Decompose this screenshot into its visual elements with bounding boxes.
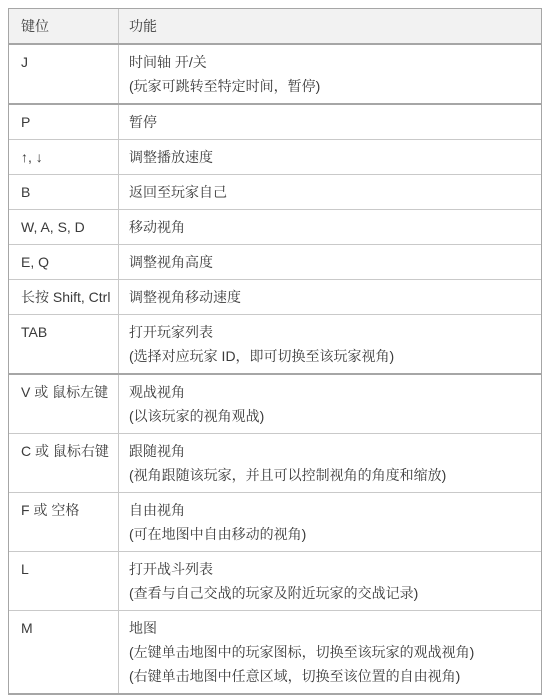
- hotkey-table: 键位 功能 J 时间轴 开/关 (玩家可跳转至特定时间，暂停) P 暂停 ↑, …: [8, 8, 542, 695]
- key-cell: B: [9, 175, 118, 209]
- key-cell: M: [9, 611, 118, 693]
- func-cell: 移动视角: [118, 210, 541, 244]
- func-line: (左键单击地图中的玩家图标，切换至该玩家的观战视角): [129, 640, 533, 664]
- table-row: TAB 打开玩家列表 (选择对应玩家 ID，即可切换至该玩家视角): [9, 315, 541, 375]
- table-row: B 返回至玩家自己: [9, 175, 541, 210]
- func-cell: 自由视角 (可在地图中自由移动的视角): [118, 493, 541, 551]
- table-row: E, Q 调整视角高度: [9, 245, 541, 280]
- func-line: 打开战斗列表: [129, 557, 533, 581]
- table-row: J 时间轴 开/关 (玩家可跳转至特定时间，暂停): [9, 45, 541, 105]
- table-row: W, A, S, D 移动视角: [9, 210, 541, 245]
- func-line: (查看与自己交战的玩家及附近玩家的交战记录): [129, 581, 533, 605]
- table-row: 长按 Shift, Ctrl 调整视角移动速度: [9, 280, 541, 315]
- table-header-row: 键位 功能: [9, 9, 541, 45]
- key-cell: L: [9, 552, 118, 610]
- table-row: F 或 空格 自由视角 (可在地图中自由移动的视角): [9, 493, 541, 552]
- func-cell: 暂停: [118, 105, 541, 139]
- func-line: 时间轴 开/关: [129, 50, 533, 74]
- func-line: (视角跟随该玩家，并且可以控制视角的角度和缩放): [129, 463, 533, 487]
- func-cell: 调整视角移动速度: [118, 280, 541, 314]
- func-line: 打开玩家列表: [129, 320, 533, 344]
- func-line: 地图: [129, 616, 533, 640]
- func-cell: 地图 (左键单击地图中的玩家图标，切换至该玩家的观战视角) (右键单击地图中任意…: [118, 611, 541, 693]
- func-line: 调整视角移动速度: [129, 285, 533, 309]
- func-line: 暂停: [129, 110, 533, 134]
- table-row: ↑, ↓ 调整播放速度: [9, 140, 541, 175]
- func-cell: 观战视角 (以该玩家的视角观战): [118, 375, 541, 433]
- func-line: (玩家可跳转至特定时间，暂停): [129, 74, 533, 98]
- func-cell: 调整视角高度: [118, 245, 541, 279]
- func-line: 自由视角: [129, 498, 533, 522]
- func-cell: 调整播放速度: [118, 140, 541, 174]
- header-cell-func: 功能: [118, 9, 541, 43]
- func-line: (可在地图中自由移动的视角): [129, 522, 533, 546]
- func-line: 跟随视角: [129, 439, 533, 463]
- func-cell: 打开玩家列表 (选择对应玩家 ID，即可切换至该玩家视角): [118, 315, 541, 373]
- table-row: L 打开战斗列表 (查看与自己交战的玩家及附近玩家的交战记录): [9, 552, 541, 611]
- key-cell: 长按 Shift, Ctrl: [9, 280, 118, 314]
- key-cell: E, Q: [9, 245, 118, 279]
- table-row: M 地图 (左键单击地图中的玩家图标，切换至该玩家的观战视角) (右键单击地图中…: [9, 611, 541, 693]
- func-cell: 跟随视角 (视角跟随该玩家，并且可以控制视角的角度和缩放): [118, 434, 541, 492]
- func-line: 观战视角: [129, 380, 533, 404]
- key-cell: W, A, S, D: [9, 210, 118, 244]
- func-cell: 打开战斗列表 (查看与自己交战的玩家及附近玩家的交战记录): [118, 552, 541, 610]
- func-cell: 返回至玩家自己: [118, 175, 541, 209]
- func-line: (选择对应玩家 ID，即可切换至该玩家视角): [129, 344, 533, 368]
- table-row: V 或 鼠标左键 观战视角 (以该玩家的视角观战): [9, 375, 541, 434]
- key-cell: F 或 空格: [9, 493, 118, 551]
- func-line: 返回至玩家自己: [129, 180, 533, 204]
- func-line: (右键单击地图中任意区域，切换至该位置的自由视角): [129, 664, 533, 688]
- func-line: 调整播放速度: [129, 145, 533, 169]
- key-cell: ↑, ↓: [9, 140, 118, 174]
- func-line: (以该玩家的视角观战): [129, 404, 533, 428]
- key-cell: TAB: [9, 315, 118, 373]
- func-cell: 时间轴 开/关 (玩家可跳转至特定时间，暂停): [118, 45, 541, 103]
- header-cell-key: 键位: [9, 9, 118, 43]
- key-cell: P: [9, 105, 118, 139]
- key-cell: V 或 鼠标左键: [9, 375, 118, 433]
- table-row: C 或 鼠标右键 跟随视角 (视角跟随该玩家，并且可以控制视角的角度和缩放): [9, 434, 541, 493]
- table-row: P 暂停: [9, 105, 541, 140]
- func-line: 移动视角: [129, 215, 533, 239]
- func-line: 调整视角高度: [129, 250, 533, 274]
- key-cell: C 或 鼠标右键: [9, 434, 118, 492]
- key-cell: J: [9, 45, 118, 103]
